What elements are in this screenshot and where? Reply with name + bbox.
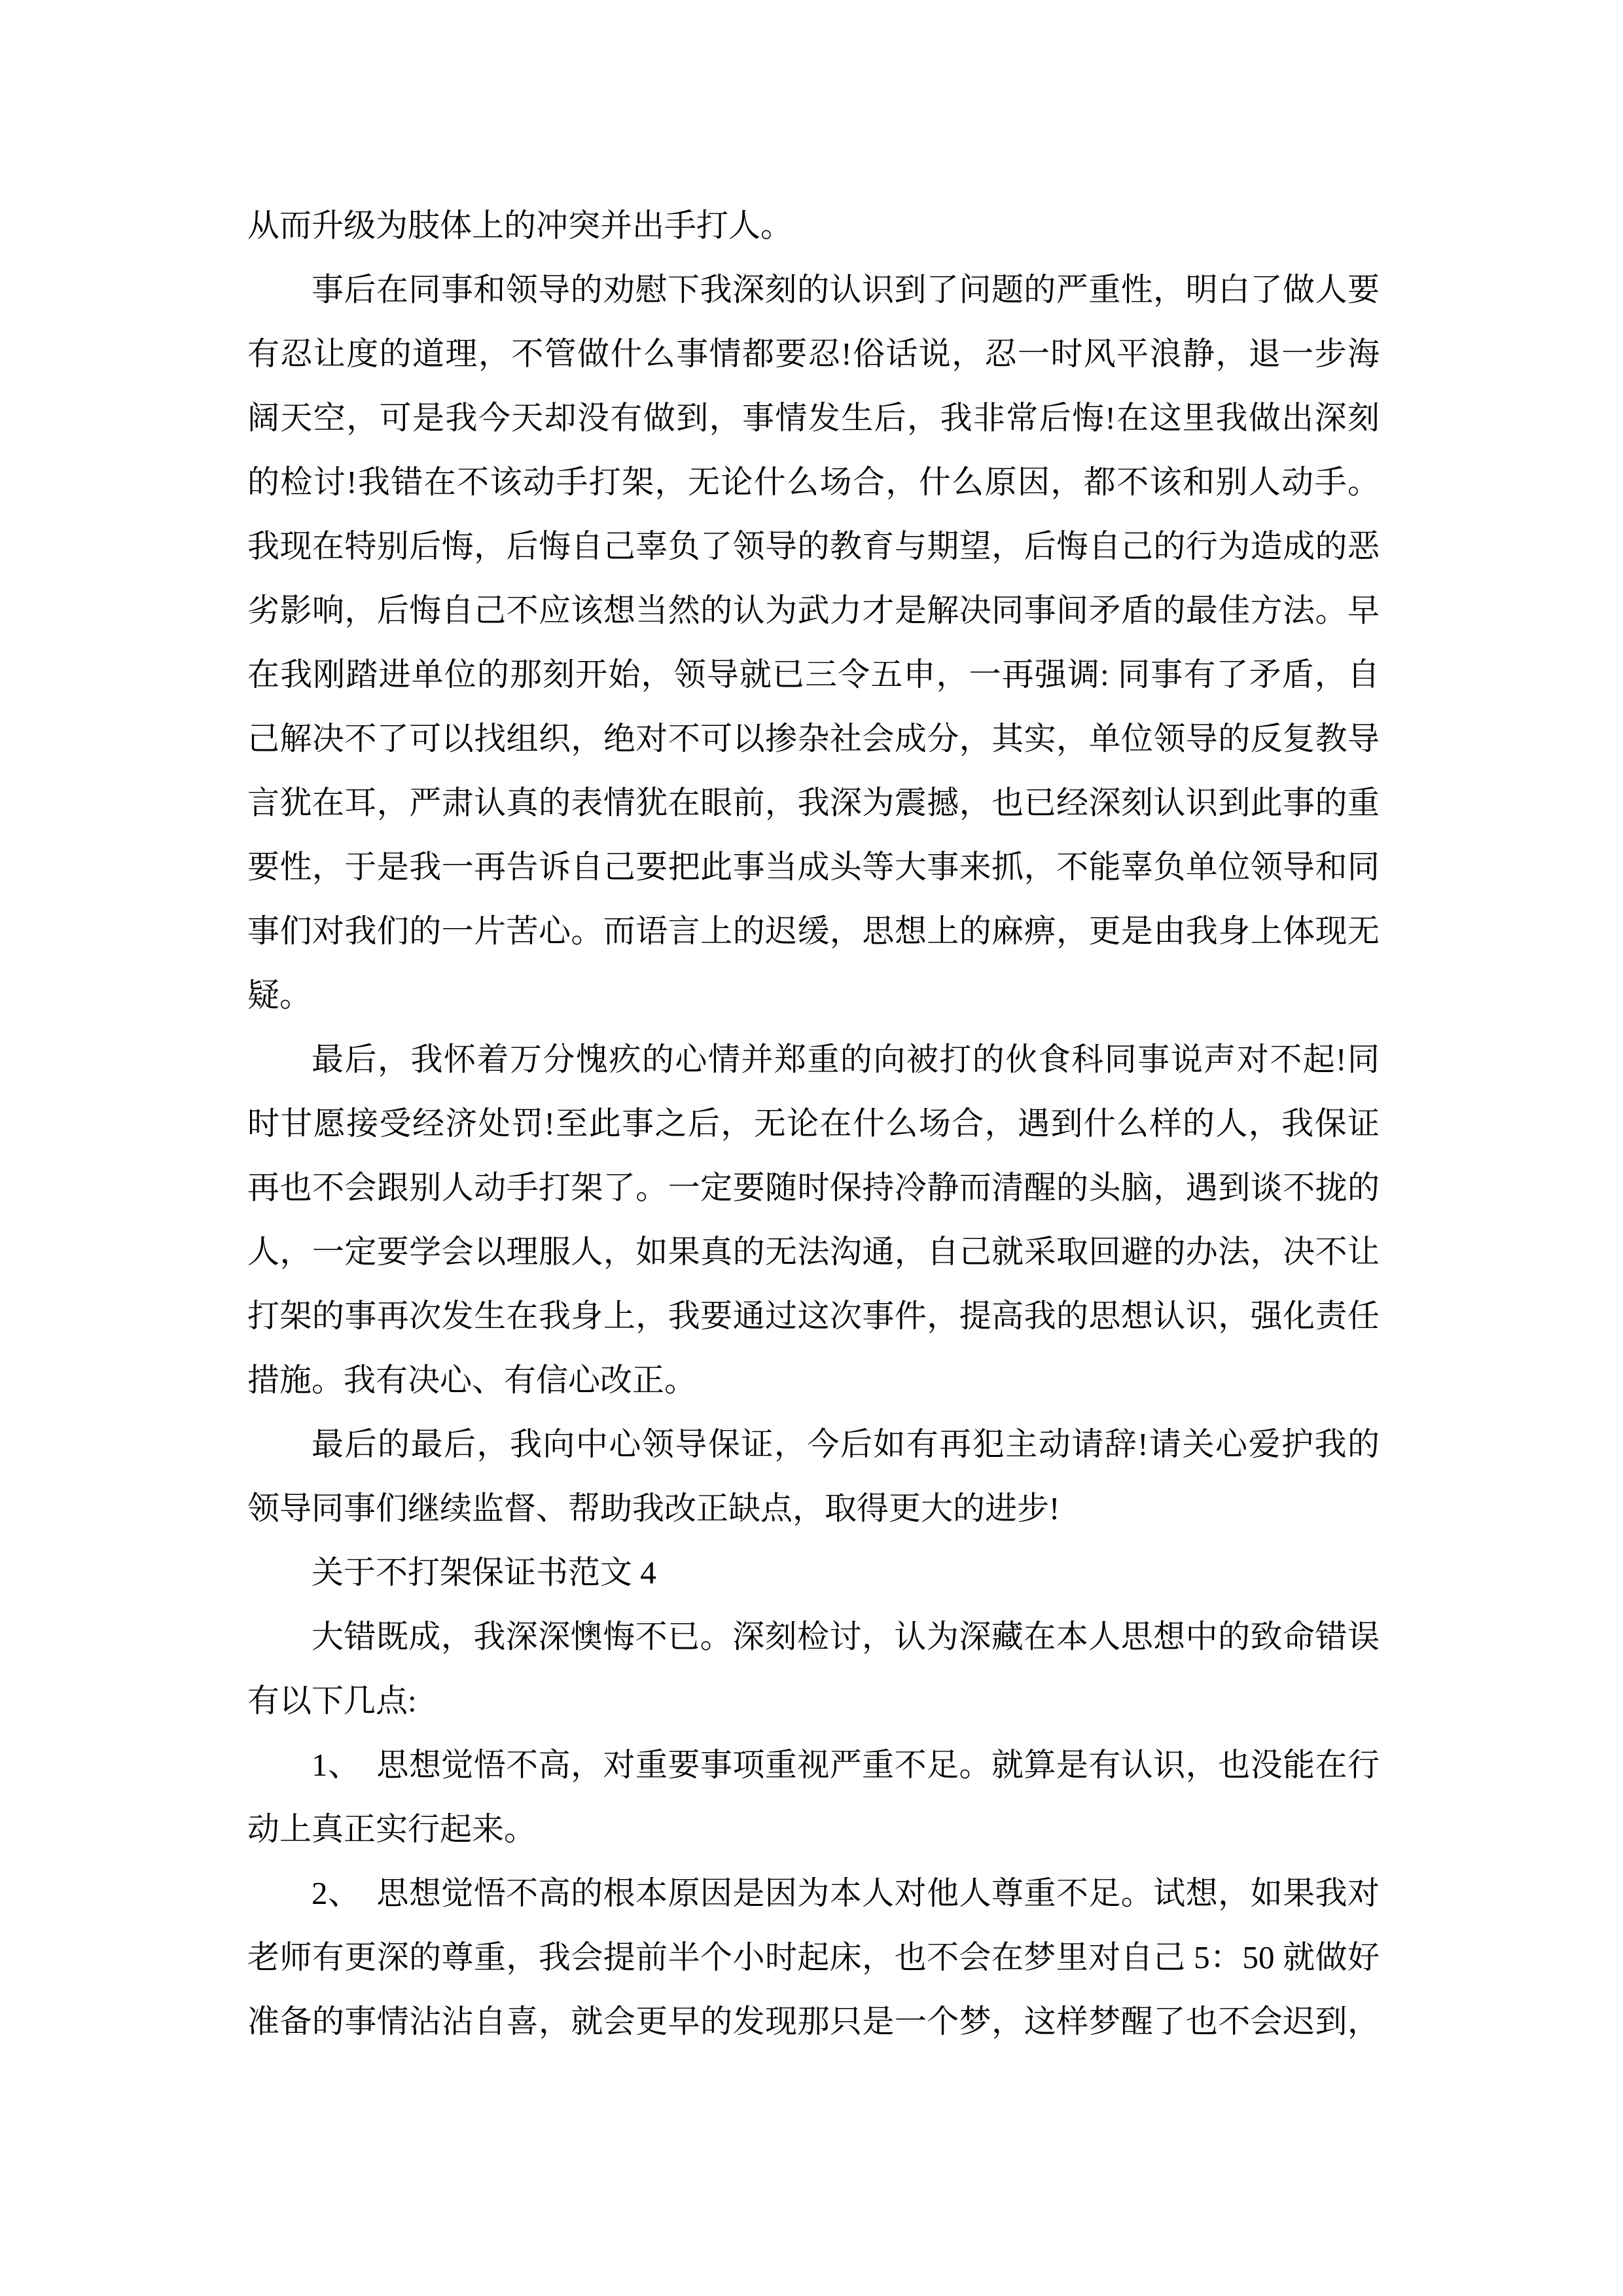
text-line: 有以下几点: <box>247 1669 1380 1733</box>
text-line: 阔天空，可是我今天却没有做到，事情发生后，我非常后悔!在这里我做出深刻 <box>247 386 1380 450</box>
text-line: 最后的最后，我向中心领导保证，今后如有再犯主动请辞!请关心爱护我的 <box>247 1412 1380 1477</box>
text-line: 有忍让度的道理，不管做什么事情都要忍!俗话说，忍一时风平浪静，退一步海 <box>247 322 1380 386</box>
text-line: 再也不会跟别人动手打架了。一定要随时保持冷静而清醒的头脑，遇到谈不拢的 <box>247 1156 1380 1220</box>
text-line: 我现在特别后悔，后悔自己辜负了领导的教育与期望，后悔自己的行为造成的恶 <box>247 514 1380 579</box>
text-line: 2、 思想觉悟不高的根本原因是因为本人对他人尊重不足。试想，如果我对 <box>247 1861 1380 1926</box>
text-line: 准备的事情沾沾自喜，就会更早的发现那只是一个梦，这样梦醒了也不会迟到， <box>247 1990 1380 2054</box>
text-line: 人，一定要学会以理服人，如果真的无法沟通，自己就采取回避的办法，决不让 <box>247 1220 1380 1284</box>
section-heading: 关于不打架保证书范文 4 <box>247 1541 1380 1605</box>
text-line: 的检讨!我错在不该动手打架，无论什么场合，什么原因，都不该和别人动手。 <box>247 450 1380 514</box>
text-line: 事后在同事和领导的劝慰下我深刻的认识到了问题的严重性，明白了做人要 <box>247 258 1380 322</box>
text-line: 时甘愿接受经济处罚!至此事之后，无论在什么场合，遇到什么样的人，我保证 <box>247 1092 1380 1156</box>
text-line: 言犹在耳，严肃认真的表情犹在眼前，我深为震撼，也已经深刻认识到此事的重 <box>247 771 1380 835</box>
text-line: 老师有更深的尊重，我会提前半个小时起床，也不会在梦里对自己 5：50 就做好 <box>247 1926 1380 1990</box>
text-line: 1、 思想觉悟不高，对重要事项重视严重不足。就算是有认识，也没能在行 <box>247 1733 1380 1797</box>
text-line: 动上真正实行起来。 <box>247 1797 1380 1861</box>
text-line: 措施。我有决心、有信心改正。 <box>247 1348 1380 1412</box>
text-line: 从而升级为肢体上的冲突并出手打人。 <box>247 194 1380 258</box>
text-line: 要性，于是我一再告诉自己要把此事当成头等大事来抓，不能辜负单位领导和同 <box>247 835 1380 899</box>
text-line: 大错既成，我深深懊悔不已。深刻检讨，认为深藏在本人思想中的致命错误 <box>247 1605 1380 1669</box>
text-line: 最后，我怀着万分愧疚的心情并郑重的向被打的伙食科同事说声对不起!同 <box>247 1028 1380 1092</box>
text-line: 事们对我们的一片苦心。而语言上的迟缓，思想上的麻痹，更是由我身上体现无 <box>247 899 1380 963</box>
document-page: 从而升级为肢体上的冲突并出手打人。事后在同事和领导的劝慰下我深刻的认识到了问题的… <box>0 0 1623 2296</box>
text-line: 领导同事们继续监督、帮助我改正缺点，取得更大的进步! <box>247 1477 1380 1541</box>
text-line: 打架的事再次发生在我身上，我要通过这次事件，提高我的思想认识，强化责任 <box>247 1284 1380 1348</box>
document-text-content: 从而升级为肢体上的冲突并出手打人。事后在同事和领导的劝慰下我深刻的认识到了问题的… <box>247 194 1380 2054</box>
text-line: 劣影响，后悔自己不应该想当然的认为武力才是解决同事间矛盾的最佳方法。早 <box>247 579 1380 643</box>
text-line: 己解决不了可以找组织，绝对不可以掺杂社会成分，其实，单位领导的反复教导 <box>247 707 1380 771</box>
text-line: 疑。 <box>247 963 1380 1028</box>
text-line: 在我刚踏进单位的那刻开始，领导就已三令五申，一再强调: 同事有了矛盾，自 <box>247 643 1380 707</box>
